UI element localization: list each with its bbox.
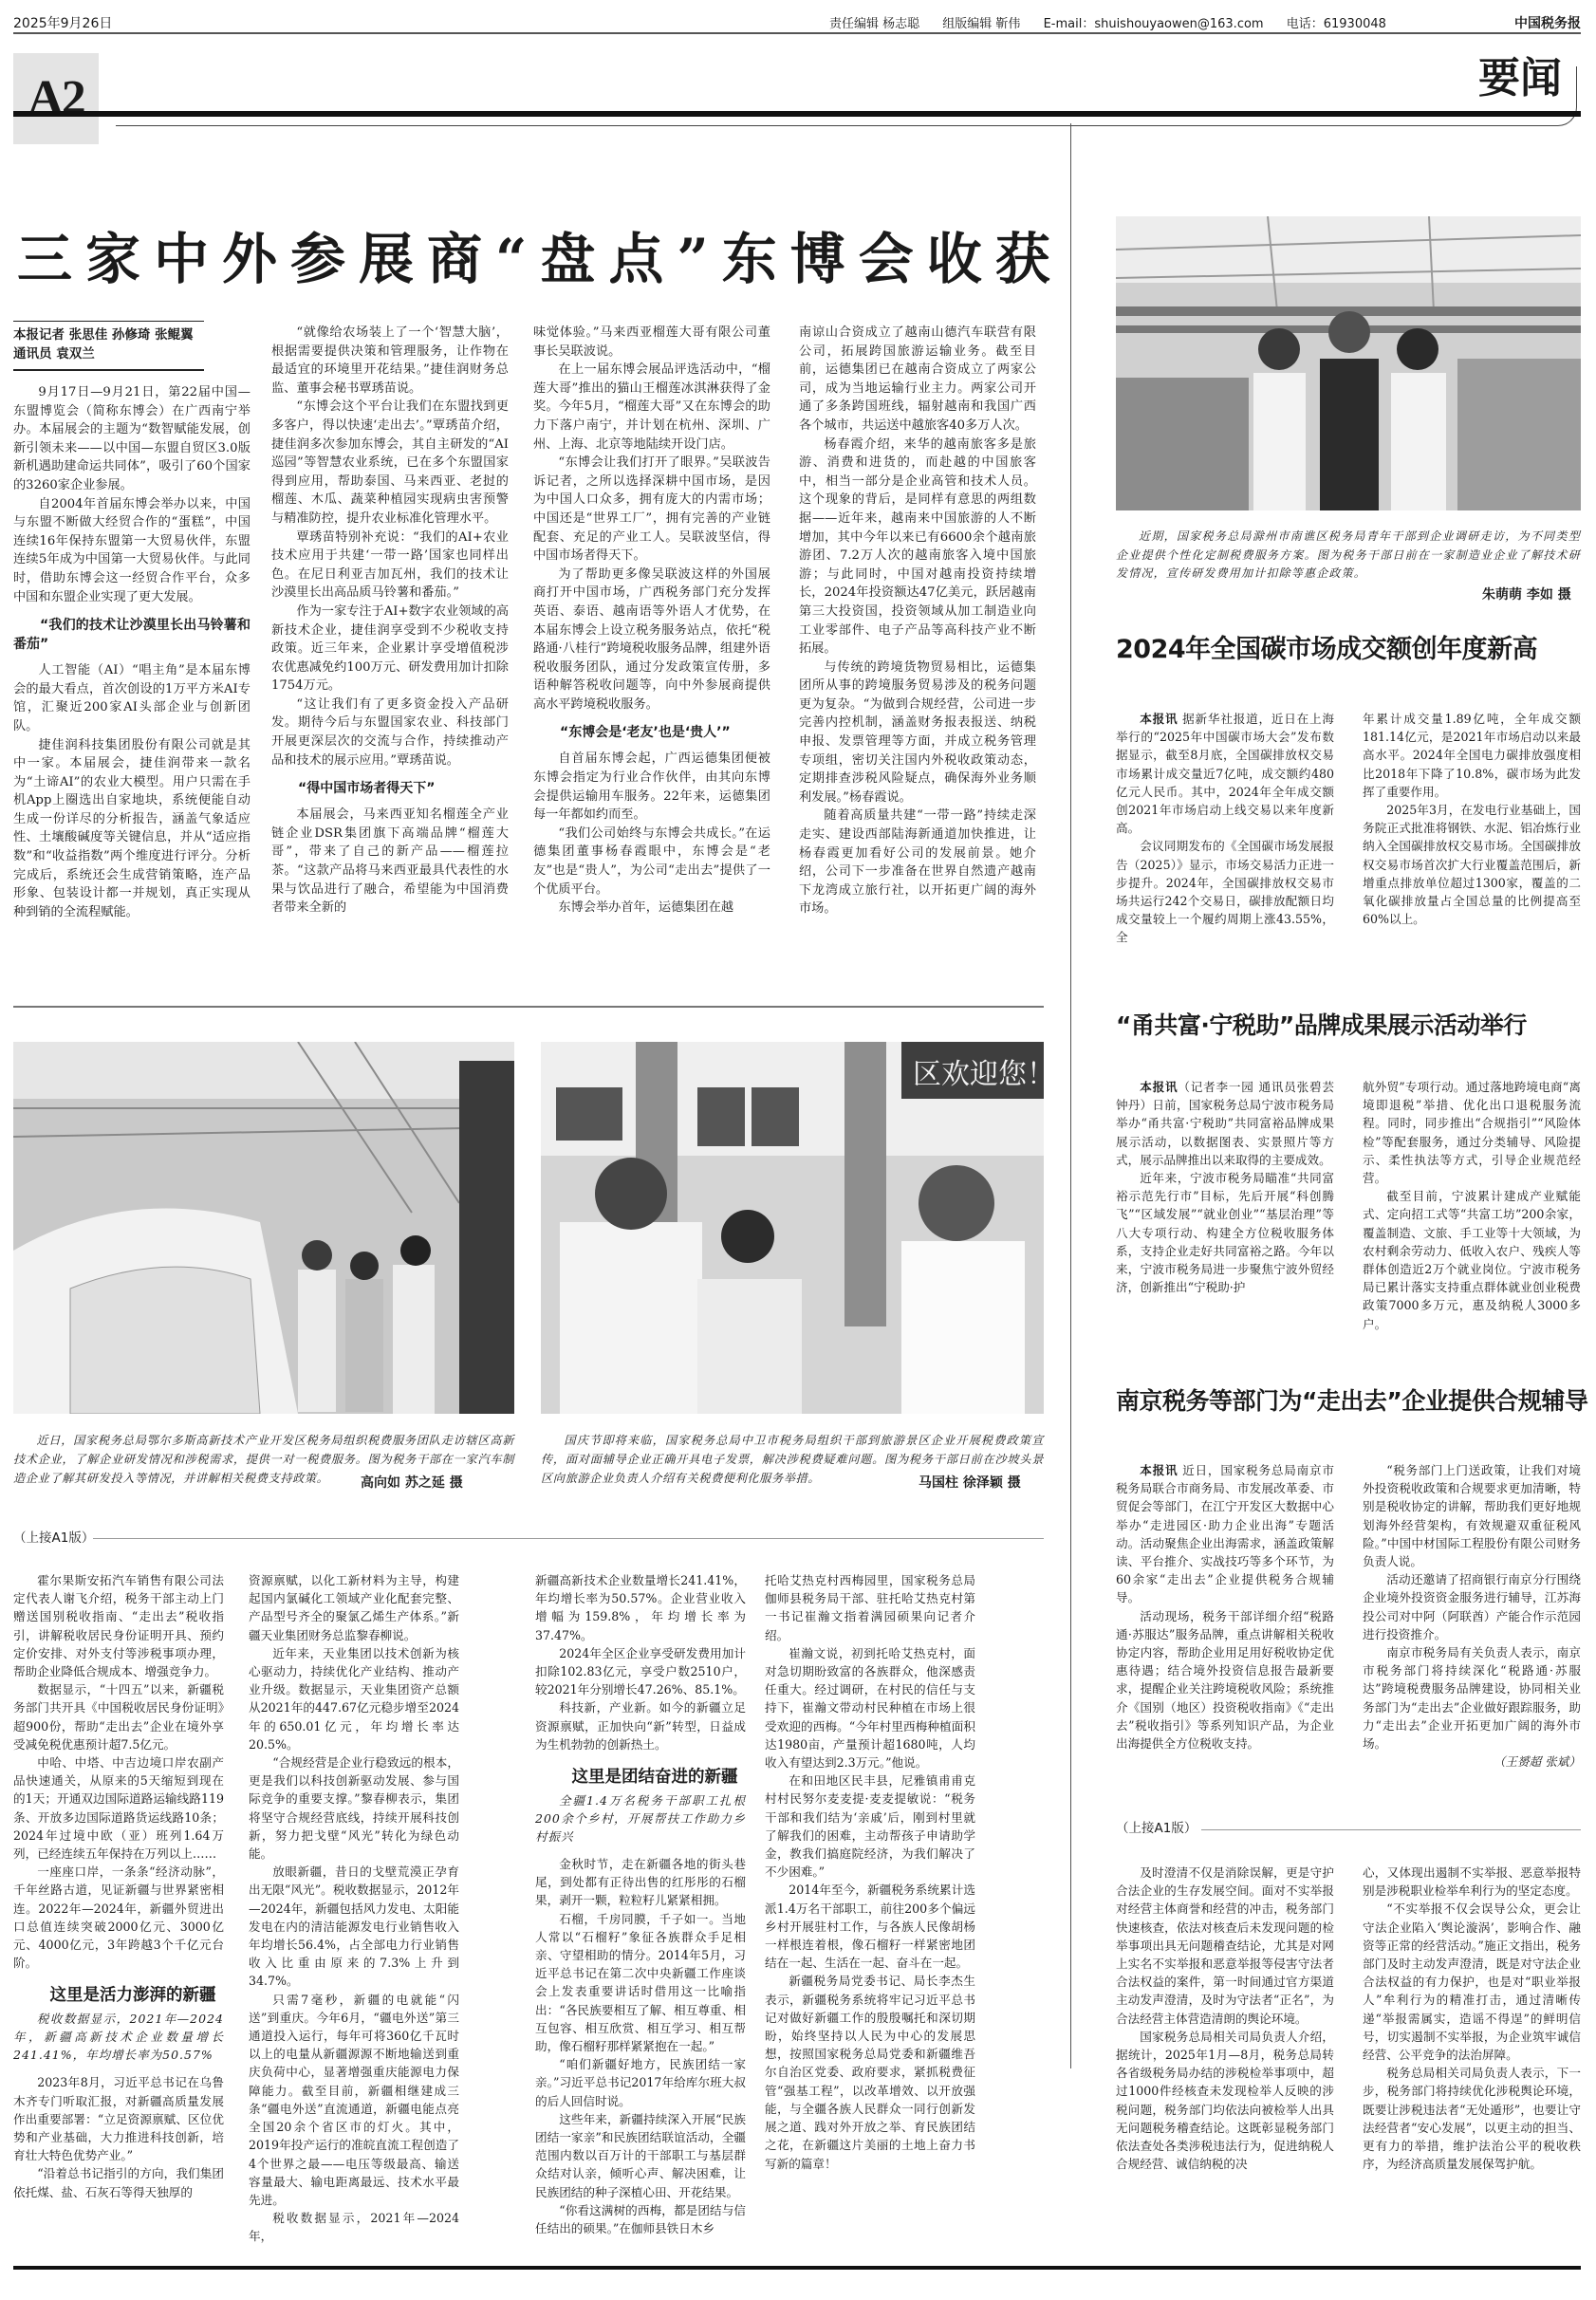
- paragraph: 为了帮助更多像吴联波这样的外国展商打开中国市场，广西税务部门充分发挥英语、泰语、…: [533, 566, 770, 714]
- news-lead-label: 本报讯: [1140, 1463, 1178, 1477]
- news-lead-label: 本报讯: [1140, 1080, 1178, 1094]
- paragraph: 随着高质量共建“一带一路”持续走深走实、建设西部陆海新通道加快推进，让杨春霞更加…: [799, 807, 1036, 918]
- xinjiang-column-4: 托哈艾热克村西梅园里，国家税务总局伽师县税务局干部、驻托哈艾热克村第一书记崔瀚文…: [765, 1571, 975, 2173]
- paragraph: 近日，国家税务总局南京市税务局联合市商务局、市发展改革委、市贸促会等部门，在江宁…: [1116, 1463, 1334, 1604]
- paragraph: 2023年8月，习近平总书记在乌鲁木齐专门听取汇报，对新疆高质量发展作出重要部署…: [13, 2073, 224, 2164]
- nanjing-article-column-2: “税务部门上门送政策，让我们对境外投资税收政策和合规要求更加清晰，特别是税收协定…: [1363, 1461, 1581, 1771]
- paragraph: 托哈艾热克村西梅园里，国家税务总局伽师县税务局干部、驻托哈艾热克村第一书记崔瀚文…: [765, 1571, 975, 1644]
- paragraph: 会议同期发布的《全国碳市场发展报告（2025）》显示，市场交易活力正进一步提升。…: [1116, 837, 1334, 946]
- jump-rule: [93, 1538, 1044, 1539]
- paragraph: 东博会举办首年，运德集团在越: [533, 899, 770, 918]
- paragraph: 自2004年首届东博会举办以来，中国与东盟不断做大经贸合作的“蛋糕”，中国连续1…: [13, 495, 251, 607]
- newspaper-name: 中国税务报: [1514, 13, 1581, 32]
- paragraph: “东博会让我们打开了眼界。”吴联波告诉记者，之所以选择深耕中国市场，是因为中国人…: [533, 454, 770, 566]
- page-bottom-rule: [13, 2266, 1581, 2270]
- section-rule: [116, 125, 1558, 126]
- nanjing-article-column-1: 本报讯 近日，国家税务总局南京市税务局联合市商务局、市发展改革委、市贸促会等部门…: [1116, 1461, 1334, 1753]
- paragraph: 自首届东博会起，广西运德集团便被东博会指定为行业合作伙伴，由其向东博会提供运输用…: [533, 750, 770, 824]
- subheading-deck: 税收数据显示，2021年—2024年，新疆高新技术企业数量增长241.41%，年…: [13, 2010, 224, 2064]
- xinjiang-column-1: 霍尔果斯安拓汽车销售有限公司法定代表人谢飞介绍，税务干部主动上门赠送国别税收指南…: [13, 1571, 224, 2201]
- photo-manufacturing-plant-caption: 近期，国家税务总局滁州市南谯区税务局青年干部到企业调研走访，为不同类型企业提供个…: [1116, 528, 1581, 584]
- jump-rule-right: [1201, 1829, 1581, 1830]
- subheading: 这里是活力澎湃的新疆: [13, 1983, 224, 2008]
- phone-number: 电话：61930048: [1287, 17, 1386, 31]
- photo-manufacturing-plant-credit: 朱萌萌 李如 摄: [1482, 584, 1571, 603]
- carbon-article-headline: 2024年全国碳市场成交额创年度新高: [1116, 634, 1537, 666]
- paragraph: 与传统的跨境货物贸易相比，运德集团所从事的跨境服务贸易涉及的税务问题更为复杂。“…: [799, 658, 1036, 807]
- paragraph: “合规经营是企业行稳致远的根本，更是我们以科技创新驱动发展、参与国际竞争的重要支…: [249, 1753, 459, 1863]
- paragraph: 中哈、中塔、中吉边境口岸农副产品快速通关，从原来的5天缩短到现在的1天；开通双边…: [13, 1753, 224, 1863]
- report-column-1: 及时澄清不仅是消除误解，更是守护合法企业的生存发展空间。面对不实举报对经营主体商…: [1116, 1864, 1334, 2173]
- photo-scenic-area: 区欢迎您！: [541, 1042, 1044, 1414]
- paragraph: 作为一家专注于AI+数字农业领域的高新技术企业，捷佳润享受到不少税收支持政策。近…: [271, 603, 509, 696]
- paragraph: 只需7毫秒，新疆的电就能“闪送”到重庆。今年6月，“疆电外送”第三通道投入运行，…: [249, 1991, 459, 2209]
- paragraph: 南京市税务局有关负责人表示，南京市税务部门将持续深化“税路通·苏服达”跨境税费服…: [1363, 1643, 1581, 1753]
- caption-text: 近期，国家税务总局滁州市南谯区税务局青年干部到企业调研走访，为不同类型企业提供个…: [1116, 528, 1581, 584]
- lead-article-title: 三家中外参展商“盘点”东博会收获: [17, 214, 1064, 294]
- carbon-article-column-2: 年累计成交量1.89亿吨，全年成交额181.14亿元，是2021年市场启动以来最…: [1363, 710, 1581, 928]
- paragraph: “我们公司始终与东博会共成长。”在运德集团董事杨春霞眼中，东博会是“老友”也是“…: [533, 825, 770, 899]
- paragraph: 放眼新疆，昔日的戈壁荒漠正孕育出无限“风光”。税收数据显示，2012年—2024…: [249, 1863, 459, 1990]
- photo-car-factory: [13, 1042, 514, 1414]
- paragraph: 活动现场，税务干部详细介绍“税路通·苏服达”服务品牌，重点讲解相关税收协定内容，…: [1116, 1607, 1334, 1753]
- lead-article-column-3: 味觉体验。”马来西亚榴莲大哥有限公司董事长吴联波说。 在上一届东博会展品评选活动…: [533, 324, 770, 918]
- paragraph: 石榴，千房同膜，千子如一。当地人常以“石榴籽”象征各族群众手足相亲、守望相助的情…: [535, 1910, 746, 2056]
- photo-manufacturing-plant: [1116, 216, 1581, 510]
- photo-car-factory-credit: 高向如 苏之延 摄: [361, 1473, 463, 1492]
- paragraph: 新疆高新技术企业数量增长241.41%，年均增长率为50.57%。企业营业收入增…: [535, 1571, 746, 1644]
- subheading: “我们的技术让沙漠里长出马铃薯和番茄”: [13, 616, 251, 654]
- paragraph: 霍尔果斯安拓汽车销售有限公司法定代表人谢飞介绍，税务干部主动上门赠送国别税收指南…: [13, 1571, 224, 1680]
- section-header: A2 要闻: [13, 47, 1581, 114]
- continued-from-a1-label-right: （上接A1版）: [1116, 1820, 1197, 1837]
- paragraph: 杨春霞介绍，来华的越南旅客多是旅游、消费和进货的，而赴越的中国旅客中，相当一部分…: [799, 436, 1036, 658]
- paragraph: “不实举报不仅会误导公众，更会让守法企业陷入‘舆论漩涡’，影响合作、融资等正常的…: [1363, 1900, 1581, 2064]
- section-title: 要闻: [1478, 49, 1562, 108]
- editor-info: 责任编辑 杨志聪 组版编辑 靳伟 E-mail：shuishouyaowen@1…: [829, 13, 1405, 31]
- nanjing-article-headline: 南京税务等部门为“走出去”企业提供合规辅导: [1116, 1385, 1587, 1418]
- paragraph: 及时澄清不仅是消除误解，更是守护合法企业的生存发展空间。面对不实举报对经营主体商…: [1116, 1864, 1334, 2028]
- paragraph: 捷佳润科技集团股份有限公司就是其中一家。本届展会，捷佳润带来一款名为“土谛AI”…: [13, 736, 251, 922]
- lead-article-byline: 本报记者 张思佳 孙修琦 张鲲翼 通讯员 袁双兰: [13, 321, 204, 371]
- paragraph: 一座座口岸，一条条“经济动脉”，千年丝路古道，见证新疆与世界紧密相连。2022年…: [13, 1863, 224, 1972]
- photo-scenic-area-illustration: 区欢迎您！: [541, 1042, 1044, 1414]
- ningbo-article-column-2: 航外贸”专项行动。通过落地跨境电商“离境即退税”举措、优化出口退税服务流程。同时…: [1363, 1078, 1581, 1333]
- paragraph: 本届展会，马来西亚知名榴莲全产业链企业DSR集团旗下高端品牌“榴莲大哥”，带来了…: [271, 806, 509, 918]
- paragraph: 这些年来，新疆持续深入开展“民族团结一家亲”和民族团结联谊活动，全疆范围内数以百…: [535, 2110, 746, 2201]
- paragraph: 2024年全区企业享受研发费用加计扣除102.83亿元，享受户数2510户，较2…: [535, 1644, 746, 1699]
- email-address: E-mail：shuishouyaowen@163.com: [1044, 17, 1264, 31]
- paragraph: 税务总局相关司局负责人表示，下一步，税务部门将持续优化涉税舆论环境，既要让涉税违…: [1363, 2064, 1581, 2173]
- issue-date: 2025年9月26日: [13, 13, 112, 32]
- paragraph: 新疆税务局党委书记、局长李杰生表示，新疆税务系统将牢记习近平总书记对做好新疆工作…: [765, 1972, 975, 2172]
- paragraph: 航外贸”专项行动。通过落地跨境电商“离境即退税”举措、优化出口退税服务流程。同时…: [1363, 1078, 1581, 1187]
- article-authors: （王赟超 张斌）: [1363, 1753, 1581, 1771]
- welcome-sign-text: 区欢迎您！: [913, 1058, 1044, 1091]
- paragraph: 心，又体现出遏制不实举报、恶意举报特别是涉税职业检举牟利行为的坚定态度。: [1363, 1864, 1581, 1900]
- paragraph: 数据显示，“十四五”以来，新疆税务部门共开具《中国税收居民身份证明》超900份，…: [13, 1680, 224, 1753]
- paragraph: “这让我们有了更多资金投入产品研发。期待今后与东盟国家农业、科技部门开展更深层次…: [271, 696, 509, 770]
- paragraph: 国家税务总局相关司局负责人介绍，据统计，2025年1月—8月，税务总局转各省级税…: [1116, 2028, 1334, 2174]
- paragraph: “咱们新疆好地方，民族团结一家亲。”习近平总书记2017年给库尔班大叔的后人回信…: [535, 2055, 746, 2110]
- photo-scenic-area-credit: 马国柱 徐泽颖 摄: [919, 1473, 1021, 1492]
- paragraph: 在上一届东博会展品评选活动中，“榴莲大哥”推出的猫山王榴莲冰淇淋获得了金奖。今年…: [533, 361, 770, 454]
- xinjiang-column-3: 新疆高新技术企业数量增长241.41%，年均增长率为50.57%。企业营业收入增…: [535, 1571, 746, 2237]
- subheading: 这里是团结奋进的新疆: [535, 1765, 746, 1790]
- header-divider: [13, 111, 1581, 117]
- paragraph: 9月17日—9月21日，第22届中国—东盟博览会（简称东博会）在广西南宁举办。本…: [13, 383, 251, 495]
- paragraph: 人工智能（AI）“唱主角”是本届东博会的最大看点，首次创设的1万平方米AI专馆，…: [13, 661, 251, 735]
- paragraph: 活动还邀请了招商银行南京分行围绕企业境外投资资金服务进行辅导，江苏海投公司对中阿…: [1363, 1570, 1581, 1643]
- photo-manufacturing-plant-illustration: [1116, 216, 1581, 510]
- paragraph: 近年来，天业集团以技术创新为核心驱动力，持续优化产业结构、推动产业升级。数据显示…: [249, 1644, 459, 1753]
- paragraph: 年累计成交量1.89亿吨，全年成交额181.14亿元，是2021年市场启动以来最…: [1363, 710, 1581, 801]
- paragraph: 资源禀赋，以化工新材料为主导，构建起国内氯碱化工领域产业化配套完整、产品型号齐全…: [249, 1571, 459, 1644]
- paragraph: 近年来，宁波市税务局瞄准“共同富裕示范先行市”目标，先后开展“科创腾飞”“区域发…: [1116, 1169, 1334, 1296]
- paragraph: “税务部门上门送政策，让我们对境外投资税收政策和合规要求更加清晰，特别是税收协定…: [1363, 1461, 1581, 1570]
- continued-from-a1-label: （上接A1版）: [13, 1530, 94, 1547]
- carbon-article-column-1: 本报讯 据新华社报道，近日在上海举行的“2025年中国碳市场大会”发布数据显示，…: [1116, 710, 1334, 947]
- report-column-2: 心，又体现出遏制不实举报、恶意举报特别是涉税职业检举牟利行为的坚定态度。 “不实…: [1363, 1864, 1581, 2173]
- ningbo-article-headline: “甬共富·宁税助”品牌成果展示活动举行: [1116, 1010, 1527, 1042]
- lead-article-column-1: 9月17日—9月21日，第22届中国—东盟博览会（简称东博会）在广西南宁举办。本…: [13, 383, 251, 921]
- paragraph: 崔瀚文说，初到托哈艾热克村，面对急切期盼致富的各族群众，他深感责任重大。经过调研…: [765, 1644, 975, 1771]
- photo-car-factory-illustration: [13, 1042, 514, 1414]
- paragraph: 金秋时节，走在新疆各地的街头巷尾，到处都有正待出售的红彤彤的石榴果，剥开一颗，粒…: [535, 1855, 746, 1910]
- ningbo-article-column-1: 本报讯（记者李一园 通讯员张碧芸 钟丹）日前，国家税务总局宁波市税务局举办“甬共…: [1116, 1078, 1334, 1296]
- lead-article-column-2: “就像给农场装上了一个‘智慧大脑’，根据需要提供决策和管理服务，让作物在最适宜的…: [271, 324, 509, 918]
- subheading: “得中国市场者得天下”: [271, 779, 509, 798]
- subheading: “东博会是‘老友’也是‘贵人’”: [533, 723, 770, 742]
- masthead: 2025年9月26日 责任编辑 杨志聪 组版编辑 靳伟 E-mail：shuis…: [13, 6, 1581, 34]
- lead-article-bottom-rule: [13, 1006, 1044, 1008]
- lead-article-column-4: 南谅山合资成立了越南山德汽车联营有限公司，拓展跨国旅游运输业务。截至目前，运德集…: [799, 324, 1036, 918]
- paragraph: 2025年3月，在发电行业基础上，国务院正式批准将钢铁、水泥、铝冶炼行业纳入全国…: [1363, 801, 1581, 928]
- paragraph: 2014年至今，新疆税务系统累计选派1.4万名干部职工，前往200多个偏远乡村开…: [765, 1881, 975, 1972]
- paragraph: 据新华社报道，近日在上海举行的“2025年中国碳市场大会”发布数据显示，截至8月…: [1116, 712, 1334, 835]
- paragraph: 截至目前，宁波累计建成产业赋能式、定向招工式等“共富工坊”200余家，覆盖制造、…: [1363, 1187, 1581, 1333]
- paragraph: 南谅山合资成立了越南山德汽车联营有限公司，拓展跨国旅游运输业务。截至目前，运德集…: [799, 324, 1036, 436]
- xinjiang-column-2: 资源禀赋，以化工新材料为主导，构建起国内氯碱化工领域产业化配套完整、产品型号齐全…: [249, 1571, 459, 2246]
- paragraph: 科技新，产业新。如今的新疆立足资源禀赋，正加快向“新”转型，日益成为生机勃勃的创…: [535, 1698, 746, 1753]
- paragraph: “东博会这个平台让我们在东盟找到更多客户，得以快速‘走出去’。”覃琇苗介绍，捷佳…: [271, 398, 509, 528]
- subheading-deck: 全疆1.4万名税务干部职工扎根200余个乡村，开展帮扶工作助力乡村振兴: [535, 1791, 746, 1846]
- news-lead-label: 本报讯: [1140, 712, 1178, 726]
- paragraph: 味觉体验。”马来西亚榴莲大哥有限公司董事长吴联波说。: [533, 324, 770, 361]
- page-number: A2: [13, 53, 99, 144]
- byline-correspondent: 通讯员 袁双兰: [13, 344, 204, 363]
- column-divider: [1070, 123, 1071, 2068]
- paragraph: “就像给农场装上了一个‘智慧大脑’，根据需要提供决策和管理服务，让作物在最适宜的…: [271, 324, 509, 398]
- layout-editor: 组版编辑 靳伟: [942, 17, 1020, 31]
- byline-reporters: 本报记者 张思佳 孙修琦 张鲲翼: [13, 325, 204, 344]
- paragraph: 税收数据显示，2021年—2024年，: [249, 2209, 459, 2245]
- paragraph: “沿着总书记指引的方向，我们集团依托煤、盐、石灰石等得天独厚的: [13, 2164, 224, 2200]
- paragraph: 覃琇苗特别补充说：“我们的AI+农业技术应用于共建‘一带一路’国家也同样出色。在…: [271, 529, 509, 603]
- chief-editor: 责任编辑 杨志聪: [829, 17, 919, 31]
- paragraph: “你看这满树的西梅，都是团结与信任结出的硕果。”在伽师县铁日木乡: [535, 2201, 746, 2237]
- paragraph: 在和田地区民丰县，尼雅镇甫甫克村村民努尔麦麦提·麦麦提敏说：“税务干部和我们结为…: [765, 1771, 975, 1881]
